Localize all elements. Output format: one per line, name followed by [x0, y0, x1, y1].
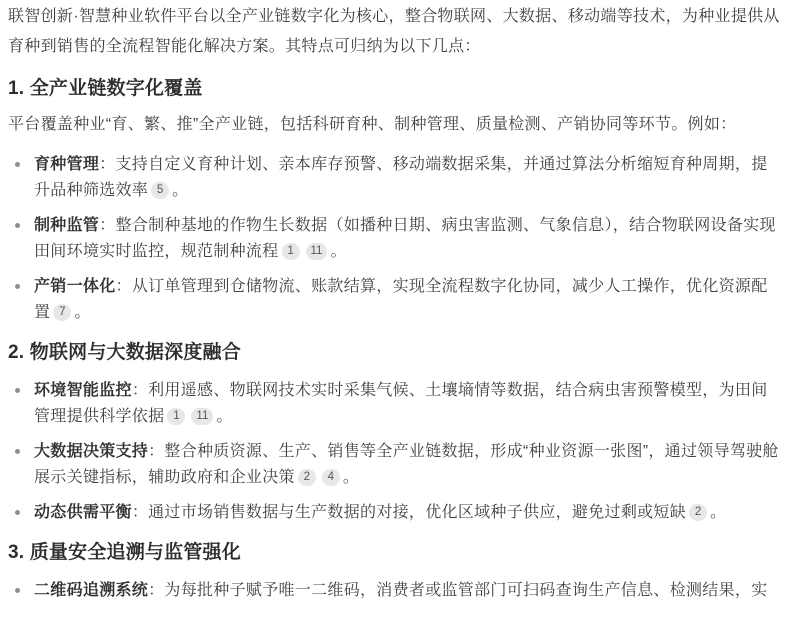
section-heading-1: 1. 全产业链数字化覆盖 [8, 76, 782, 102]
list-item: 环境智能监控：利用遥感、物联网技术实时采集气候、土壤墒情等数据，结合病虫害预警模… [8, 378, 782, 430]
item-text: ：整合制种基地的作物生长数据（如播种日期、病虫害监测、气象信息），结合物联网设备… [34, 217, 776, 260]
item-suffix: 。 [216, 408, 232, 425]
citation-badge[interactable]: 11 [191, 408, 213, 425]
bullet-dot-icon [15, 588, 20, 593]
feature-list-2: 环境智能监控：利用遥感、物联网技术实时采集气候、土壤墒情等数据，结合病虫害预警模… [8, 378, 782, 526]
section-heading-3: 3. 质量安全追溯与监管强化 [8, 540, 782, 566]
sections-container: 1. 全产业链数字化覆盖平台覆盖种业“育、繁、推”全产业链，包括科研育种、制种管… [8, 76, 782, 604]
citation-badge[interactable]: 7 [53, 304, 71, 321]
list-item: 大数据决策支持：整合种质资源、生产、销售等全产业链数据，形成“种业资源一张图”，… [8, 439, 782, 491]
bullet-dot-icon [15, 388, 20, 393]
list-item: 动态供需平衡：通过市场销售数据与生产数据的对接，优化区域种子供应，避免过剩或短缺… [8, 500, 782, 526]
item-suffix: 。 [343, 469, 359, 486]
item-term: 产销一体化 [34, 278, 116, 295]
bullet-dot-icon [15, 223, 20, 228]
bullet-dot-icon [15, 449, 20, 454]
feature-list-3: 二维码追溯系统：为每批种子赋予唯一二维码，消费者或监管部门可扫码查询生产信息、检… [8, 578, 782, 604]
citation-badge[interactable]: 2 [298, 469, 316, 486]
item-term: 二维码追溯系统 [34, 582, 148, 599]
section-heading-2: 2. 物联网与大数据深度融合 [8, 340, 782, 366]
item-suffix: 。 [172, 182, 188, 199]
bullet-dot-icon [15, 510, 20, 515]
citation-badge[interactable]: 4 [322, 469, 340, 486]
list-item: 制种监管：整合制种基地的作物生长数据（如播种日期、病虫害监测、气象信息），结合物… [8, 213, 782, 265]
bullet-dot-icon [15, 284, 20, 289]
citation-badge[interactable]: 1 [282, 243, 300, 260]
list-item: 育种管理：支持自定义育种计划、亲本库存预警、移动端数据采集，并通过算法分析缩短育… [8, 152, 782, 204]
item-term: 动态供需平衡 [34, 504, 132, 521]
item-suffix: 。 [330, 243, 346, 260]
section-lead-1: 平台覆盖种业“育、繁、推”全产业链，包括科研育种、制种管理、质量检测、产销协同等… [8, 110, 782, 140]
item-term: 制种监管 [34, 217, 99, 234]
citation-badge[interactable]: 1 [167, 408, 185, 425]
item-text: ：利用遥感、物联网技术实时采集气候、土壤墒情等数据，结合病虫害预警模型，为田间管… [34, 382, 768, 425]
item-text: ：支持自定义育种计划、亲本库存预警、移动端数据采集，并通过算法分析缩短育种周期，… [34, 156, 768, 199]
citation-badge[interactable]: 5 [151, 182, 169, 199]
item-term: 育种管理 [34, 156, 99, 173]
document-body: 联智创新·智慧种业软件平台以全产业链数字化为核心，整合物联网、大数据、移动端等技… [0, 0, 790, 604]
item-text: ：为每批种子赋予唯一二维码，消费者或监管部门可扫码查询生产信息、检测结果，实 [148, 582, 767, 599]
citation-badge[interactable]: 2 [689, 504, 707, 521]
item-text: ：从订单管理到仓储物流、账款结算，实现全流程数字化协同，减少人工操作，优化资源配… [34, 278, 768, 321]
bullet-dot-icon [15, 162, 20, 167]
citation-badge[interactable]: 11 [306, 243, 328, 260]
intro-paragraph: 联智创新·智慧种业软件平台以全产业链数字化为核心，整合物联网、大数据、移动端等技… [8, 2, 782, 62]
item-suffix: 。 [74, 304, 90, 321]
item-term: 环境智能监控 [34, 382, 132, 399]
item-suffix: 。 [710, 504, 726, 521]
list-item: 产销一体化：从订单管理到仓储物流、账款结算，实现全流程数字化协同，减少人工操作，… [8, 274, 782, 326]
item-text: ：通过市场销售数据与生产数据的对接，优化区域种子供应，避免过剩或短缺 [132, 504, 686, 521]
item-term: 大数据决策支持 [34, 443, 148, 460]
list-item: 二维码追溯系统：为每批种子赋予唯一二维码，消费者或监管部门可扫码查询生产信息、检… [8, 578, 782, 604]
feature-list-1: 育种管理：支持自定义育种计划、亲本库存预警、移动端数据采集，并通过算法分析缩短育… [8, 152, 782, 326]
